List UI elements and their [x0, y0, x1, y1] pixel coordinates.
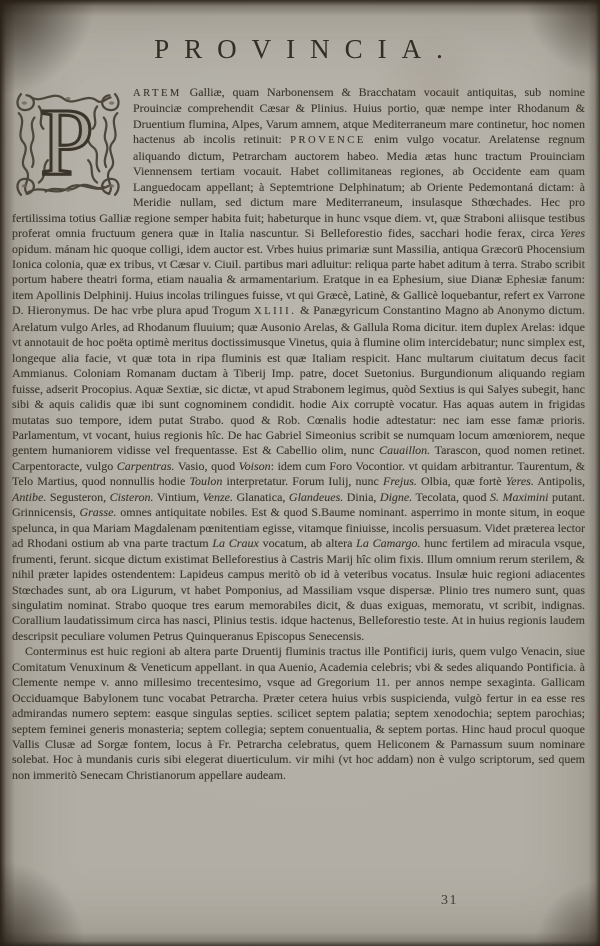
paragraph-2-text: Conterminus est huic regioni ab altera p…	[12, 644, 585, 782]
page-number: 31	[441, 893, 458, 909]
paragraph-2: Conterminus est huic regioni ab altera p…	[12, 644, 585, 783]
page: PROVINCIA.	[0, 0, 600, 946]
svg-text:P: P	[40, 89, 94, 196]
paragraph-1: P ARTEM Galliæ, quam Narbonensem & Bracc…	[12, 85, 585, 644]
drop-cap-woodcut-icon: P	[12, 88, 124, 201]
drop-cap-initial: P	[12, 88, 124, 201]
text-body: P ARTEM Galliæ, quam Narbonensem & Bracc…	[12, 85, 585, 783]
page-title: PROVINCIA.	[12, 34, 585, 65]
book-page-photo: PROVINCIA.	[0, 0, 600, 946]
